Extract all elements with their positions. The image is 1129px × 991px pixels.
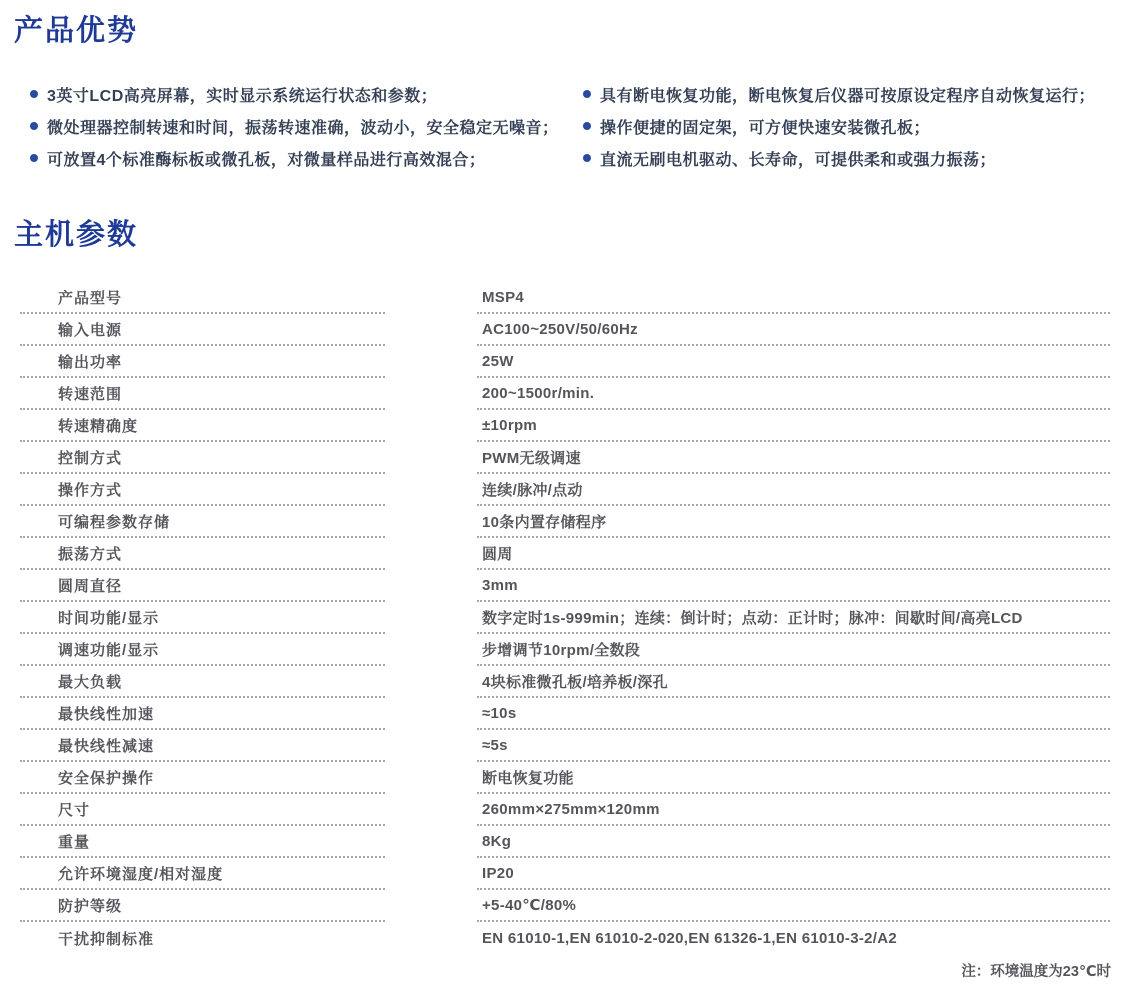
spec-value: 3mm xyxy=(482,577,518,594)
spec-label: 最大负载 xyxy=(58,671,122,692)
spec-label-cell: 输入电源 xyxy=(20,314,385,346)
spec-label-cell: 最快线性减速 xyxy=(20,730,385,762)
table-row: 干扰抑制标准 EN 61010-1,EN 61010-2-020,EN 6132… xyxy=(20,922,1110,954)
spec-label-cell: 调速功能/显示 xyxy=(20,634,385,666)
advantage-item: 微处理器控制转速和时间，振荡转速准确，波动小，安全稳定无噪音； xyxy=(30,110,580,142)
spec-label: 重量 xyxy=(58,831,90,852)
table-row: 调速功能/显示 步增调节10rpm/全数段 xyxy=(20,634,1110,666)
bullet-dot-icon xyxy=(583,90,591,98)
spec-value-cell: MSP4 xyxy=(477,282,1110,314)
spec-value: 数字定时1s-999min；连续：倒计时；点动：正计时；脉冲：间歇时间/高亮LC… xyxy=(482,607,1023,628)
spec-value: ±10rpm xyxy=(482,417,537,434)
advantage-text: 操作便捷的固定架，可方便快速安装微孔板； xyxy=(600,115,930,138)
advantage-text: 可放置4个标准酶标板或微孔板，对微量样品进行高效混合； xyxy=(47,147,485,170)
bullet-dot-icon xyxy=(583,122,591,130)
spec-value: 步增调节10rpm/全数段 xyxy=(482,639,640,660)
spec-value: +5-40℃/80% xyxy=(482,896,576,914)
advantages-left-column: 3英寸LCD高亮屏幕，实时显示系统运行状态和参数； 微处理器控制转速和时间，振荡… xyxy=(30,78,580,174)
spec-label: 可编程参数存储 xyxy=(58,511,170,532)
spec-label-cell: 尺寸 xyxy=(20,794,385,826)
spec-value-cell: 断电恢复功能 xyxy=(477,762,1110,794)
spec-label-cell: 振荡方式 xyxy=(20,538,385,570)
spec-value-cell: EN 61010-1,EN 61010-2-020,EN 61326-1,EN … xyxy=(477,922,1110,954)
advantage-text: 直流无刷电机驱动、长寿命，可提供柔和或强力振荡； xyxy=(600,147,996,170)
spec-value-cell: 数字定时1s-999min；连续：倒计时；点动：正计时；脉冲：间歇时间/高亮LC… xyxy=(477,602,1110,634)
advantages-right-column: 具有断电恢复功能，断电恢复后仪器可按原设定程序自动恢复运行； 操作便捷的固定架，… xyxy=(583,78,1128,174)
spec-label: 防护等级 xyxy=(58,895,122,916)
spec-label-cell: 时间功能/显示 xyxy=(20,602,385,634)
spec-label-cell: 产品型号 xyxy=(20,282,385,314)
spec-value-cell: ≈5s xyxy=(477,730,1110,762)
table-row: 圆周直径 3mm xyxy=(20,570,1110,602)
spec-label-cell: 安全保护操作 xyxy=(20,762,385,794)
spec-label: 操作方式 xyxy=(58,479,122,500)
spec-label: 尺寸 xyxy=(58,799,90,820)
table-row: 可编程参数存储 10条内置存储程序 xyxy=(20,506,1110,538)
spec-label: 最快线性减速 xyxy=(58,735,154,756)
spec-label-cell: 操作方式 xyxy=(20,474,385,506)
spec-label: 产品型号 xyxy=(58,287,122,308)
params-section-title: 主机参数 xyxy=(14,220,138,252)
spec-label: 转速范围 xyxy=(58,383,122,404)
spec-value: 260mm×275mm×120mm xyxy=(482,801,660,818)
table-row: 最大负载 4块标准微孔板/培养板/深孔 xyxy=(20,666,1110,698)
spec-label: 干扰抑制标准 xyxy=(58,928,154,949)
spec-label: 最快线性加速 xyxy=(58,703,154,724)
spec-value: AC100~250V/50/60Hz xyxy=(482,321,638,338)
spec-label: 输入电源 xyxy=(58,319,122,340)
spec-value-cell: +5-40℃/80% xyxy=(477,890,1110,922)
spec-value-cell: 4块标准微孔板/培养板/深孔 xyxy=(477,666,1110,698)
spec-value-cell: AC100~250V/50/60Hz xyxy=(477,314,1110,346)
table-row: 防护等级 +5-40℃/80% xyxy=(20,890,1110,922)
spec-label: 输出功率 xyxy=(58,351,122,372)
table-row: 振荡方式 圆周 xyxy=(20,538,1110,570)
bullet-dot-icon xyxy=(30,122,38,130)
spec-table: 产品型号 MSP4 输入电源 AC100~250V/50/60Hz 输出功率 2… xyxy=(20,282,1110,954)
bullet-dot-icon xyxy=(583,154,591,162)
advantage-item: 直流无刷电机驱动、长寿命，可提供柔和或强力振荡； xyxy=(583,142,1128,174)
advantage-item: 可放置4个标准酶标板或微孔板，对微量样品进行高效混合； xyxy=(30,142,580,174)
table-row: 产品型号 MSP4 xyxy=(20,282,1110,314)
spec-value-cell: 8Kg xyxy=(477,826,1110,858)
spec-label-cell: 最快线性加速 xyxy=(20,698,385,730)
table-row: 时间功能/显示 数字定时1s-999min；连续：倒计时；点动：正计时；脉冲：间… xyxy=(20,602,1110,634)
spec-value-cell: 200~1500r/min. xyxy=(477,378,1110,410)
table-row: 转速精确度 ±10rpm xyxy=(20,410,1110,442)
advantage-text: 3英寸LCD高亮屏幕，实时显示系统运行状态和参数； xyxy=(47,83,437,106)
spec-label: 控制方式 xyxy=(58,447,122,468)
spec-label-cell: 最大负载 xyxy=(20,666,385,698)
spec-label: 安全保护操作 xyxy=(58,767,154,788)
spec-label: 允许环境湿度/相对湿度 xyxy=(58,863,223,884)
spec-value: 25W xyxy=(482,353,514,370)
advantage-item: 操作便捷的固定架，可方便快速安装微孔板； xyxy=(583,110,1128,142)
spec-value-cell: IP20 xyxy=(477,858,1110,890)
spec-value: ≈5s xyxy=(482,737,508,754)
spec-label-cell: 输出功率 xyxy=(20,346,385,378)
advantage-item: 具有断电恢复功能，断电恢复后仪器可按原设定程序自动恢复运行； xyxy=(583,78,1128,110)
spec-value-cell: PWM无级调速 xyxy=(477,442,1110,474)
table-row: 安全保护操作 断电恢复功能 xyxy=(20,762,1110,794)
spec-value: EN 61010-1,EN 61010-2-020,EN 61326-1,EN … xyxy=(482,930,897,947)
ambient-temperature-note: 注：环境温度为23℃时 xyxy=(961,960,1111,981)
spec-value: 连续/脉冲/点动 xyxy=(482,479,583,500)
spec-value: 8Kg xyxy=(482,833,511,850)
spec-value-cell: 10条内置存储程序 xyxy=(477,506,1110,538)
spec-value-cell: 25W xyxy=(477,346,1110,378)
table-row: 输入电源 AC100~250V/50/60Hz xyxy=(20,314,1110,346)
spec-value-cell: 步增调节10rpm/全数段 xyxy=(477,634,1110,666)
table-row: 重量 8Kg xyxy=(20,826,1110,858)
spec-value-cell: 圆周 xyxy=(477,538,1110,570)
table-row: 最快线性加速 ≈10s xyxy=(20,698,1110,730)
table-row: 转速范围 200~1500r/min. xyxy=(20,378,1110,410)
advantage-item: 3英寸LCD高亮屏幕，实时显示系统运行状态和参数； xyxy=(30,78,580,110)
table-row: 操作方式 连续/脉冲/点动 xyxy=(20,474,1110,506)
spec-value-cell: ≈10s xyxy=(477,698,1110,730)
spec-label: 振荡方式 xyxy=(58,543,122,564)
spec-value-cell: 260mm×275mm×120mm xyxy=(477,794,1110,826)
spec-label-cell: 允许环境湿度/相对湿度 xyxy=(20,858,385,890)
spec-label-cell: 转速精确度 xyxy=(20,410,385,442)
advantage-text: 微处理器控制转速和时间，振荡转速准确，波动小，安全稳定无噪音； xyxy=(47,115,559,138)
bullet-dot-icon xyxy=(30,154,38,162)
spec-label-cell: 重量 xyxy=(20,826,385,858)
spec-value: IP20 xyxy=(482,865,514,882)
spec-value: 断电恢复功能 xyxy=(482,767,574,788)
table-row: 允许环境湿度/相对湿度 IP20 xyxy=(20,858,1110,890)
spec-label: 调速功能/显示 xyxy=(58,639,159,660)
advantage-text: 具有断电恢复功能，断电恢复后仪器可按原设定程序自动恢复运行； xyxy=(600,83,1095,106)
table-row: 输出功率 25W xyxy=(20,346,1110,378)
spec-value: 4块标准微孔板/培养板/深孔 xyxy=(482,671,668,692)
spec-value: 圆周 xyxy=(482,543,513,564)
spec-label-cell: 控制方式 xyxy=(20,442,385,474)
spec-value: MSP4 xyxy=(482,289,524,306)
advantages-section-title: 产品优势 xyxy=(14,16,138,48)
table-row: 尺寸 260mm×275mm×120mm xyxy=(20,794,1110,826)
spec-value-cell: 连续/脉冲/点动 xyxy=(477,474,1110,506)
spec-value: ≈10s xyxy=(482,705,516,722)
spec-label-cell: 防护等级 xyxy=(20,890,385,922)
spec-label: 转速精确度 xyxy=(58,415,138,436)
spec-label-cell: 干扰抑制标准 xyxy=(20,922,385,954)
spec-value-cell: 3mm xyxy=(477,570,1110,602)
spec-label-cell: 转速范围 xyxy=(20,378,385,410)
spec-value: 200~1500r/min. xyxy=(482,385,594,402)
bullet-dot-icon xyxy=(30,90,38,98)
spec-label: 圆周直径 xyxy=(58,575,122,596)
table-row: 控制方式 PWM无级调速 xyxy=(20,442,1110,474)
spec-label-cell: 可编程参数存储 xyxy=(20,506,385,538)
spec-value: PWM无级调速 xyxy=(482,447,581,468)
spec-value-cell: ±10rpm xyxy=(477,410,1110,442)
spec-value: 10条内置存储程序 xyxy=(482,511,606,532)
spec-label: 时间功能/显示 xyxy=(58,607,159,628)
spec-label-cell: 圆周直径 xyxy=(20,570,385,602)
table-row: 最快线性减速 ≈5s xyxy=(20,730,1110,762)
